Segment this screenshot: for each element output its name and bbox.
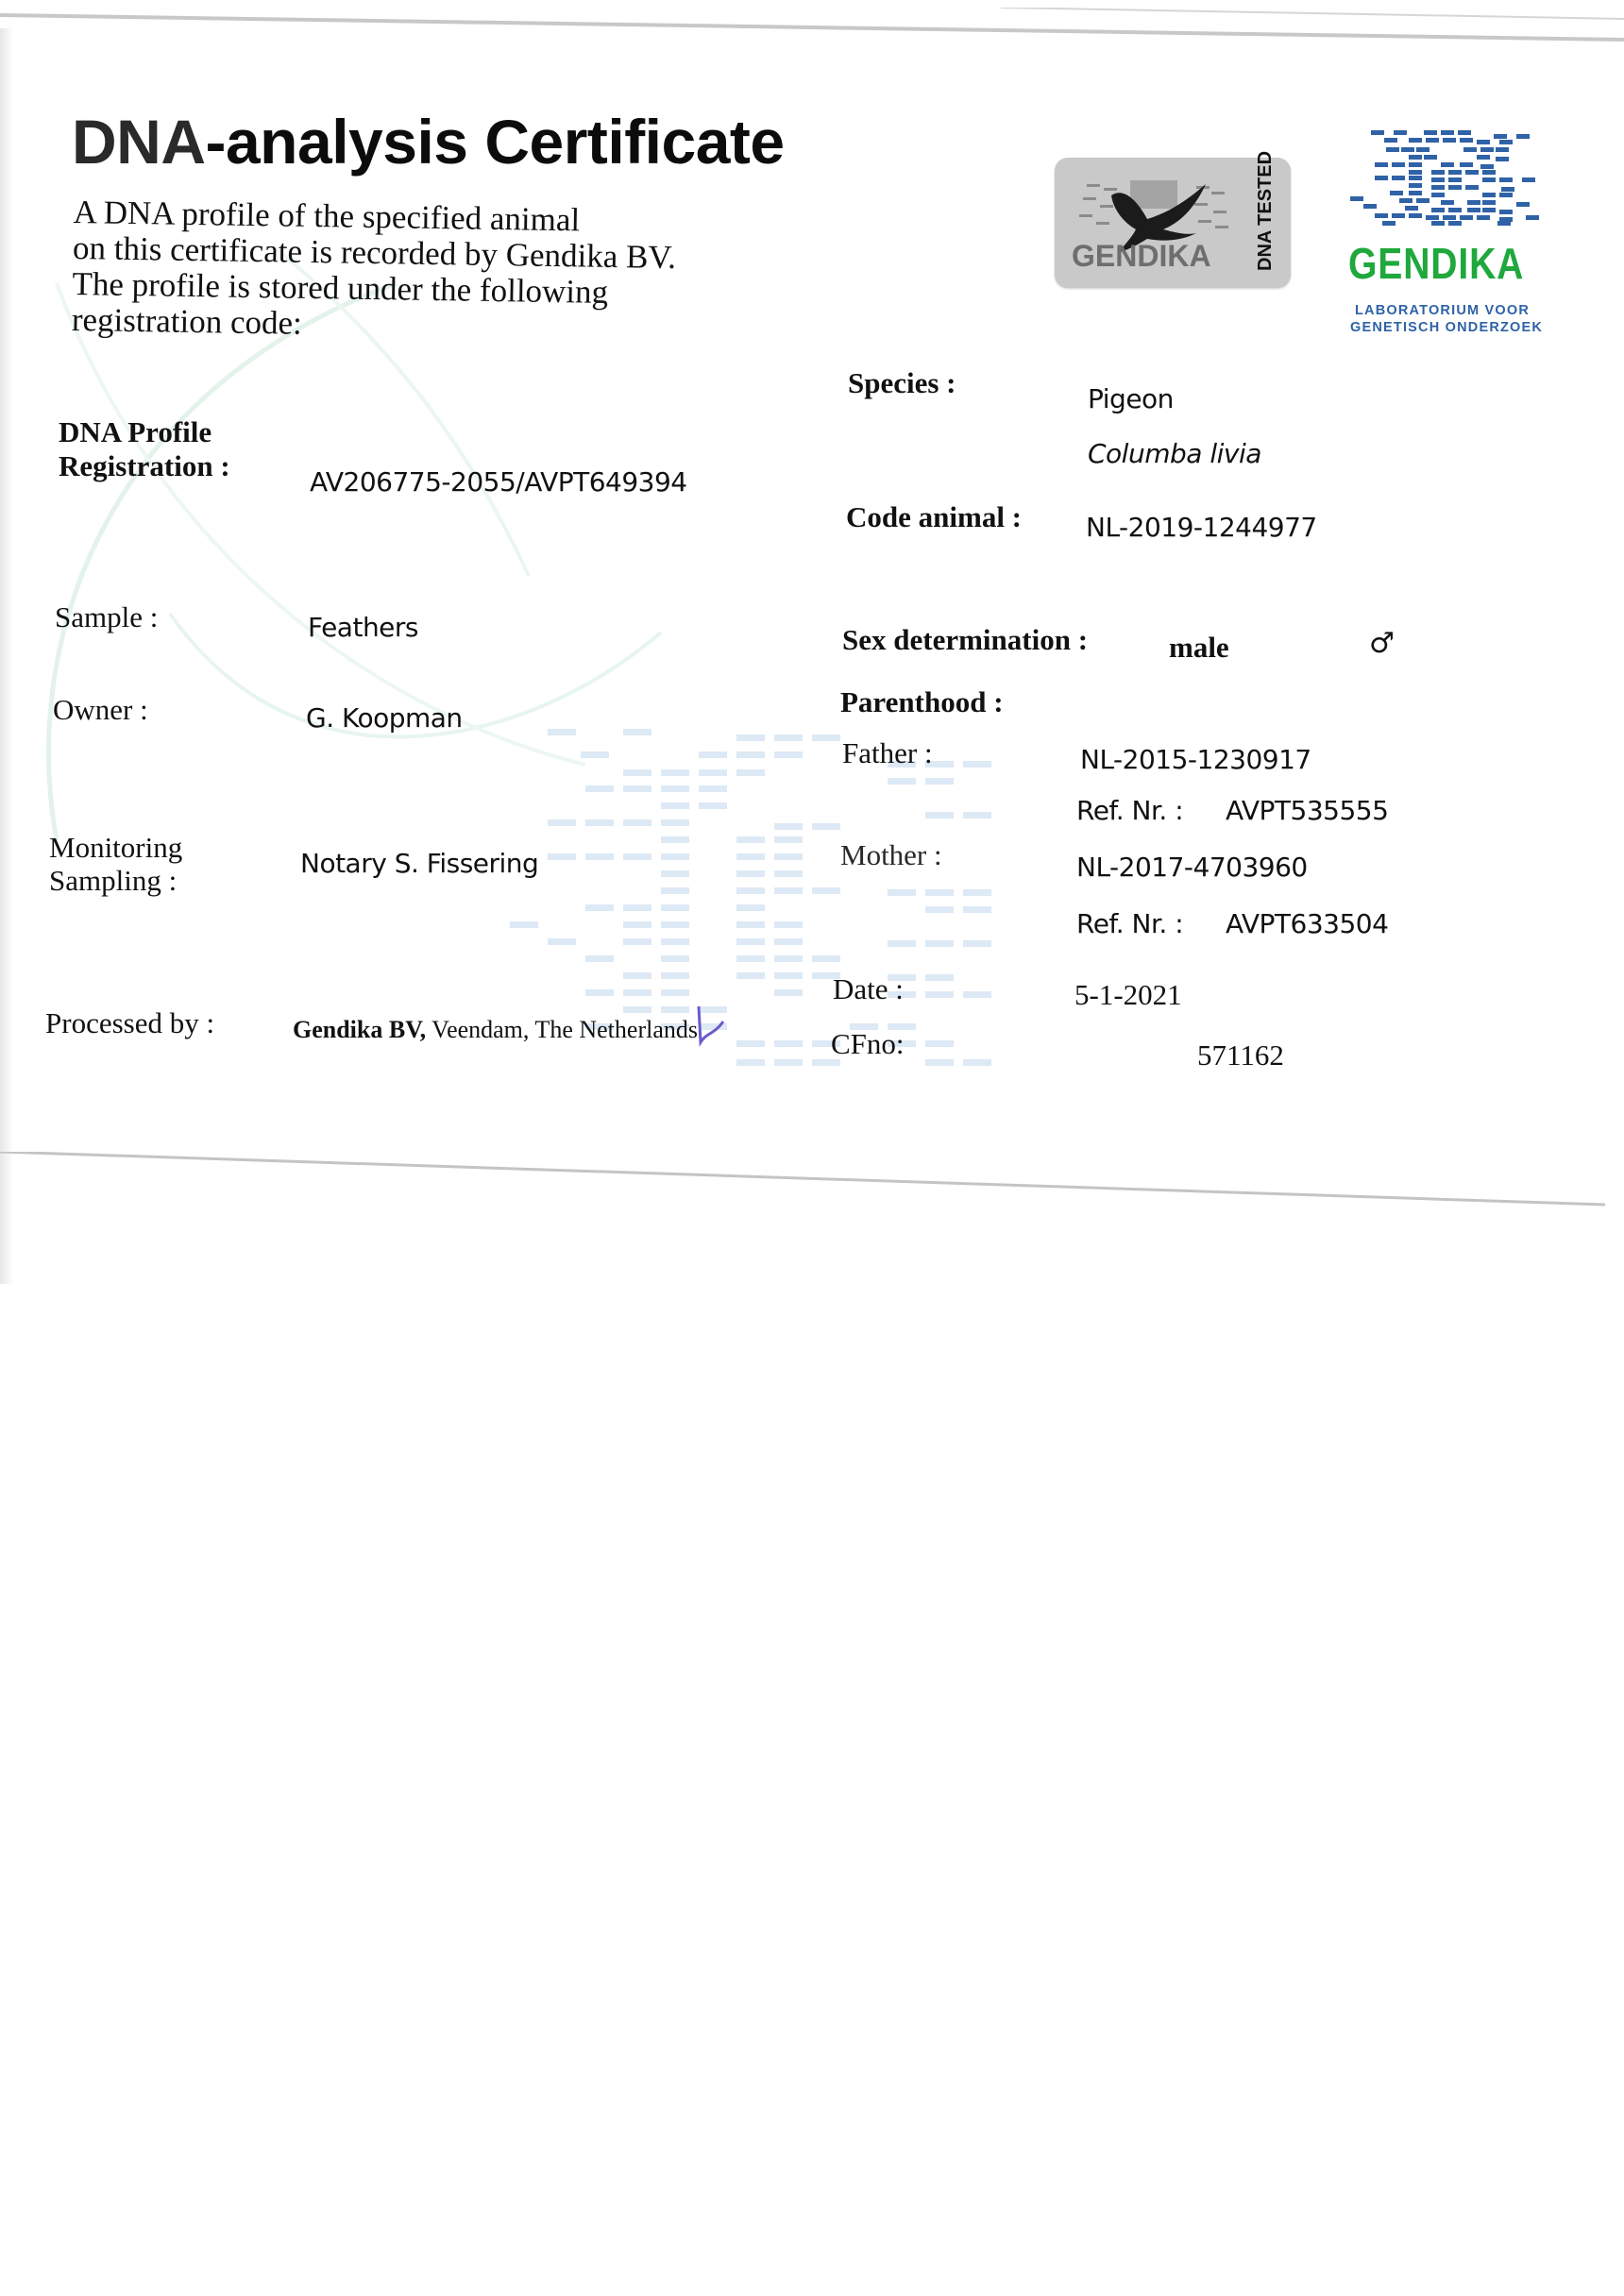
parenthood-label: Parenthood : [840,685,1004,719]
processed-by-value: Gendika BV, Veendam, The Netherlands [293,1016,698,1044]
father-ring-value: NL-2015-1230917 [1080,744,1311,775]
label-line: Monitoring [49,831,182,864]
cfno-label: CFno: [831,1027,905,1061]
code-animal-label: Code animal : [846,500,1022,534]
cfno-value: 571162 [1197,1038,1284,1072]
owner-value: G. Koopman [306,702,463,734]
company-logo-subtitle: LABORATORIUM VOOR GENETISCH ONDERZOEK [1350,302,1530,336]
mother-label: Mother : [840,838,942,872]
registration-label: DNA Profile Registration : [59,415,230,483]
label-line: DNA Profile [59,415,230,449]
scan-top-edge [0,8,1624,45]
sex-label: Sex determination : [842,623,1088,657]
father-ref-value: AVPT535555 [1226,795,1388,826]
logo-subtitle-line: LABORATORIUM VOOR [1350,302,1530,319]
father-label: Father : [842,736,933,770]
species-latin-value: Columba livia [1088,438,1261,469]
processed-by-location: Veendam, The Netherlands [426,1016,698,1043]
owner-label: Owner : [53,693,148,727]
monitoring-label: Monitoring Sampling : [49,831,182,897]
signature-mark-icon [695,1004,727,1048]
date-label: Date : [833,972,904,1006]
page-title: DNA-analysis Certificate [72,106,785,177]
dna-tested-badge: GENDIKA DNA TESTED [1055,158,1291,288]
sex-value: male [1169,631,1229,665]
label-line: Registration : [59,449,230,483]
code-animal-value: NL-2019-1244977 [1086,512,1317,543]
sample-label: Sample : [55,600,158,634]
date-value: 5-1-2021 [1074,978,1182,1012]
monitoring-value: Notary S. Fissering [300,848,538,879]
species-label: Species : [848,366,956,400]
processed-by-company: Gendika BV, [293,1016,426,1043]
company-logo-name: GENDIKA [1348,238,1524,289]
logo-subtitle-line: GENETISCH ONDERZOEK [1350,319,1530,336]
father-ref-label: Ref. Nr. : [1076,795,1183,826]
scan-bottom-edge [0,1152,1624,1218]
species-common-value: Pigeon [1088,383,1174,414]
mother-ref-value: AVPT633504 [1226,908,1388,939]
sample-value: Feathers [308,612,418,643]
mother-ref-label: Ref. Nr. : [1076,908,1183,939]
gendika-dna-logo-icon [1350,125,1539,227]
badge-label: DNA TESTED [1255,151,1277,271]
badge-brand: GENDIKA [1072,239,1211,274]
registration-value: AV206775-2055/AVPT649394 [310,466,687,498]
processed-by-label: Processed by : [45,1006,214,1040]
label-line: Sampling : [49,864,182,897]
intro-text: A DNA profile of the specified animal on… [72,194,677,347]
male-symbol-icon: ♂ [1369,627,1395,660]
mother-ring-value: NL-2017-4703960 [1076,852,1308,883]
